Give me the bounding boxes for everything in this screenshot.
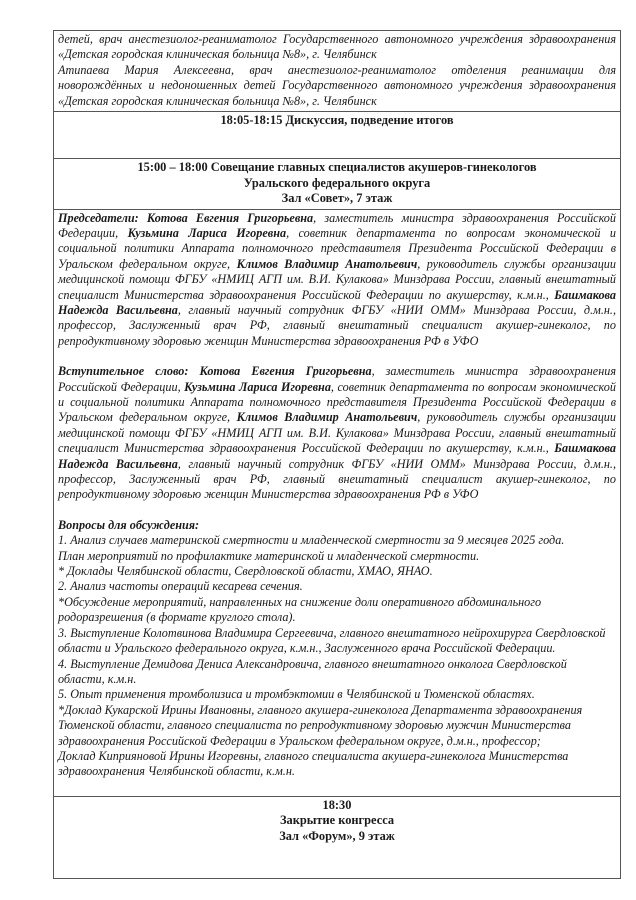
- closing-row: 18:30 Закрытие конгресса Зал «Форум», 9 …: [54, 796, 621, 878]
- speakers-cell: детей, врач анестезиолог-реаниматолог Го…: [54, 31, 621, 112]
- question-item: 1. Анализ случаев материнской смертности…: [58, 533, 616, 548]
- session-header-row: 15:00 – 18:00 Совещание главных специали…: [54, 159, 621, 210]
- questions-heading: Вопросы для обсуждения:: [58, 518, 616, 533]
- opening-name-1: Котова Евгения Григорьевна: [200, 364, 372, 378]
- chairs-label: Председатели:: [58, 211, 139, 225]
- question-item: План мероприятий по профилактике материн…: [58, 549, 616, 564]
- session-body-row: Председатели: Котова Евгения Григорьевна…: [54, 209, 621, 796]
- opening-name-3: Климов Владимир Анатольевич: [237, 410, 418, 424]
- chair-name-1: Котова Евгения Григорьевна: [147, 211, 313, 225]
- chair-name-3: Климов Владимир Анатольевич: [237, 257, 418, 271]
- discussion-text: 18:05-18:15 Дискуссия, подведение итогов: [54, 112, 621, 159]
- closing-cell: 18:30 Закрытие конгресса Зал «Форум», 9 …: [54, 796, 621, 878]
- session-header: 15:00 – 18:00 Совещание главных специали…: [54, 159, 621, 210]
- discussion-row: 18:05-18:15 Дискуссия, подведение итогов: [54, 112, 621, 159]
- question-item: 3. Выступление Колотвинова Владимира Сер…: [58, 626, 616, 657]
- closing-room: Зал «Форум», 9 этаж: [58, 829, 616, 845]
- session-room: Зал «Совет», 7 этаж: [58, 191, 616, 207]
- session-title: 15:00 – 18:00 Совещание главных специали…: [58, 160, 616, 176]
- session-body: Председатели: Котова Евгения Григорьевна…: [54, 209, 621, 796]
- chair-name-2: Кузьмина Лариса Игоревна: [128, 226, 287, 240]
- question-item: *Доклад Кукарской Ирины Ивановны, главно…: [58, 703, 616, 749]
- question-item: 4. Выступление Демидова Дениса Александр…: [58, 657, 616, 688]
- spacer: [58, 349, 616, 364]
- spacer: [58, 503, 616, 518]
- closing-title: Закрытие конгресса: [58, 813, 616, 829]
- question-item: Доклад Киприяновой Ирины Игоревны, главн…: [58, 749, 616, 780]
- opening-name-2: Кузьмина Лариса Игоревна: [184, 380, 331, 394]
- chairs-paragraph: Председатели: Котова Евгения Григорьевна…: [58, 211, 616, 350]
- program-page: детей, врач анестезиолог-реаниматолог Го…: [53, 30, 621, 879]
- speaker-entry-1: детей, врач анестезиолог-реаниматолог Го…: [58, 32, 616, 63]
- speaker-entry-2: Атипаева Мария Алексеевна, врач анестези…: [58, 63, 616, 109]
- speakers-row: детей, врач анестезиолог-реаниматолог Го…: [54, 31, 621, 112]
- closing-time: 18:30: [58, 798, 616, 814]
- session-subtitle: Уральского федерального округа: [58, 176, 616, 192]
- questions-list: 1. Анализ случаев материнской смертности…: [58, 533, 616, 780]
- question-item: * Доклады Челябинской области, Свердловс…: [58, 564, 616, 579]
- question-item: 5. Опыт применения тромболизиса и тромбэ…: [58, 687, 616, 702]
- opening-paragraph: Вступительное слово: Котова Евгения Григ…: [58, 364, 616, 503]
- program-table: детей, врач анестезиолог-реаниматолог Го…: [53, 30, 621, 879]
- opening-label: Вступительное слово:: [58, 364, 188, 378]
- question-item: 2. Анализ частоты операций кесарева сече…: [58, 579, 616, 594]
- question-item: *Обсуждение мероприятий, направленных на…: [58, 595, 616, 626]
